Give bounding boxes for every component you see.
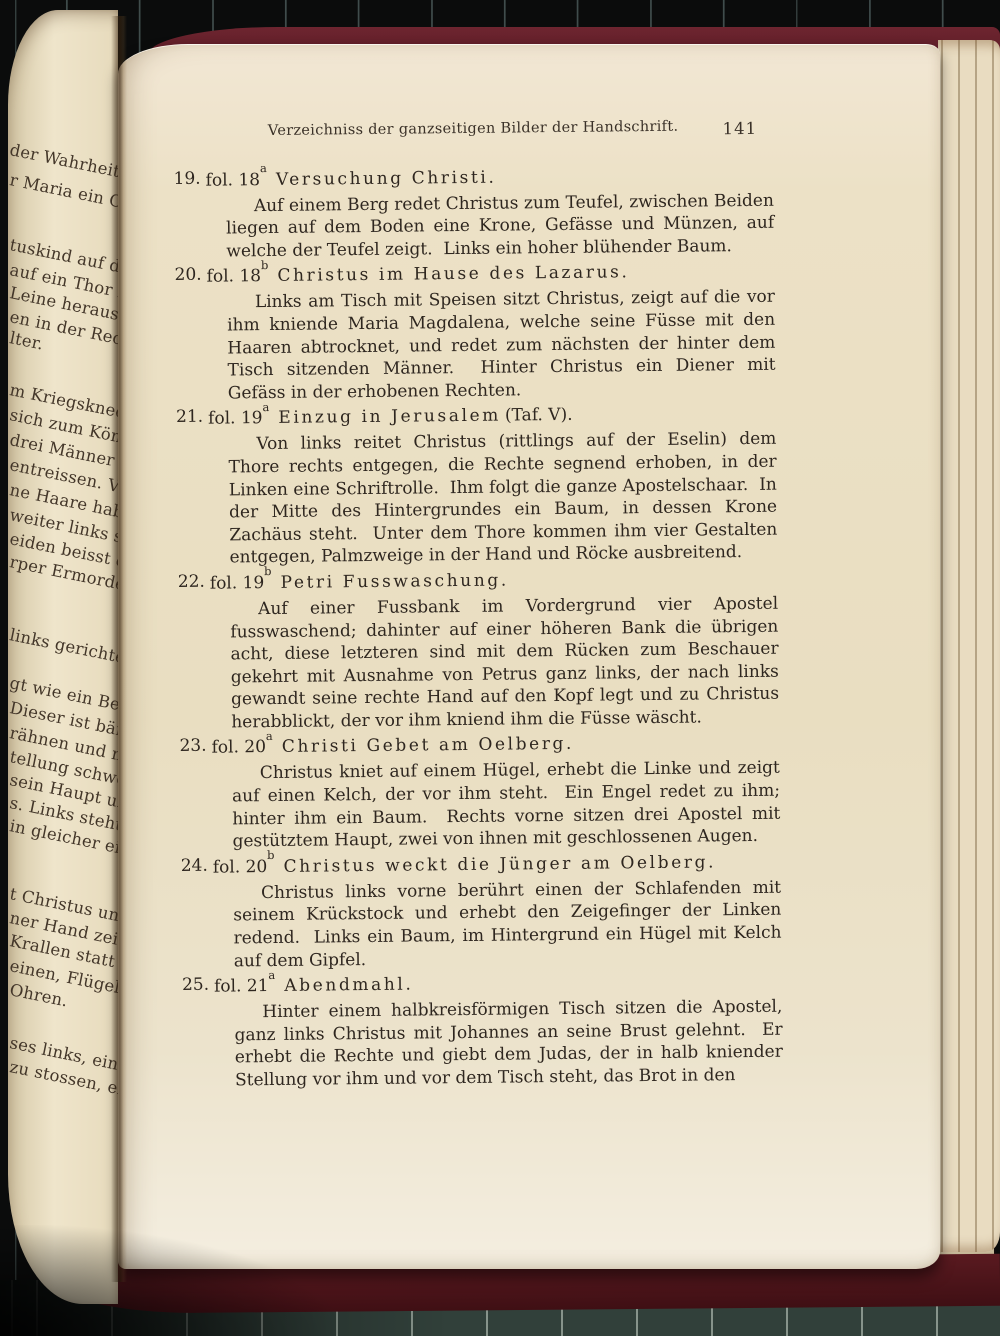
folio-superscript: b	[261, 258, 269, 272]
catalog-entry: 20. fol. 18bChristus im Hause des Lazaru…	[175, 258, 776, 405]
entry-description: Auf einem Berg redet Christus zum Teufel…	[226, 189, 775, 263]
entry-title: Christus im Hause des Lazarus.	[277, 263, 629, 287]
entry-description: Auf einer Fussbank im Vordergrund vier A…	[230, 593, 779, 734]
catalog-entry: 21. fol. 19aEinzug in Jerusalem(Taf. V).…	[176, 400, 778, 570]
adjacent-page-text-fragment: links gerichtet.	[8, 625, 118, 669]
book-page: Verzeichniss der ganzseitigen Bilder der…	[118, 44, 940, 1269]
entry-number: 22.	[178, 571, 205, 594]
entry-title: Christus weckt die Jünger am Oelberg.	[283, 852, 716, 877]
book-gutter-shadow	[111, 16, 127, 1282]
folio-reference: fol. 20	[213, 857, 268, 878]
entry-heading: fol. 21aAbendmahl.	[182, 968, 782, 1000]
entry-number: 25.	[182, 974, 209, 997]
entry-description: Von links reitet Christus (rittlings auf…	[228, 428, 777, 569]
entry-number: 24.	[181, 855, 208, 878]
folio-superscript: b	[264, 564, 272, 578]
page-text-block: Verzeichniss der ganzseitigen Bilder der…	[173, 115, 783, 1094]
entry-title: Christi Gebet am Oelberg.	[282, 734, 574, 757]
entry-description: Links am Tisch mit Speisen sitzt Christu…	[227, 286, 776, 405]
entry-heading: fol. 19aEinzug in Jerusalem(Taf. V).	[176, 400, 776, 432]
folio-reference: fol. 19	[208, 408, 263, 429]
catalog-entry: 23. fol. 20aChristi Gebet am Oelberg. Ch…	[179, 729, 780, 854]
folio-reference: fol. 18	[206, 170, 261, 191]
entry-heading: fol. 18aVersuchung Christi.	[173, 161, 773, 193]
folio-reference: fol. 21	[214, 976, 269, 997]
entry-number: 20.	[175, 264, 202, 287]
entry-heading: fol. 20aChristi Gebet am Oelberg.	[179, 729, 779, 761]
folio-superscript: a	[262, 400, 269, 414]
entry-title: Abendmahl.	[284, 975, 413, 996]
entry-description: Christus links vorne berührt einen der S…	[233, 877, 782, 973]
catalog-entry: 19. fol. 18aVersuchung Christi. Auf eine…	[173, 161, 774, 263]
entry-number: 19.	[173, 167, 200, 190]
folio-superscript: b	[267, 848, 275, 862]
entry-number: 23.	[179, 735, 206, 758]
running-head-title: Verzeichniss der ganzseitigen Bilder der…	[268, 119, 679, 139]
folio-reference: fol. 18	[207, 266, 262, 287]
adjacent-page-edge: der Wahrheit de r Maria ein Opfer tuskin…	[8, 10, 118, 1304]
entry-heading: fol. 18bChristus im Hause des Lazarus.	[175, 258, 775, 290]
folio-superscript: a	[268, 968, 275, 982]
entry-description: Hinter einem halbkreisförmigen Tisch sit…	[234, 996, 783, 1092]
entry-title-suffix: (Taf. V).	[505, 405, 573, 426]
entry-title: Petri Fusswaschung.	[281, 570, 509, 592]
entry-title: Einzug in Jerusalem	[278, 406, 501, 428]
entry-description: Christus kniet auf einem Hügel, erhebt d…	[232, 757, 781, 853]
page-edges-right	[938, 40, 1000, 1252]
running-head: Verzeichniss der ganzseitigen Bilder der…	[173, 115, 773, 144]
bottom-left-shadow	[0, 1225, 340, 1336]
entry-number: 21.	[176, 406, 203, 429]
entry-title: Versuchung Christi.	[276, 167, 497, 189]
page-number: 141	[723, 118, 758, 141]
catalog-entry: 24. fol. 20bChristus weckt die Jünger am…	[181, 849, 782, 974]
folio-reference: fol. 19	[210, 573, 265, 594]
folio-superscript: a	[260, 161, 267, 175]
folio-reference: fol. 20	[211, 738, 266, 759]
catalog-entry: 22. fol. 19bPetri Fusswaschung. Auf eine…	[178, 565, 780, 735]
entry-heading: fol. 19bPetri Fusswaschung.	[178, 565, 778, 597]
folio-superscript: a	[266, 729, 273, 743]
catalog-entry: 25. fol. 21aAbendmahl. Hinter einem halb…	[182, 968, 783, 1093]
entry-heading: fol. 20bChristus weckt die Jünger am Oel…	[181, 849, 781, 881]
